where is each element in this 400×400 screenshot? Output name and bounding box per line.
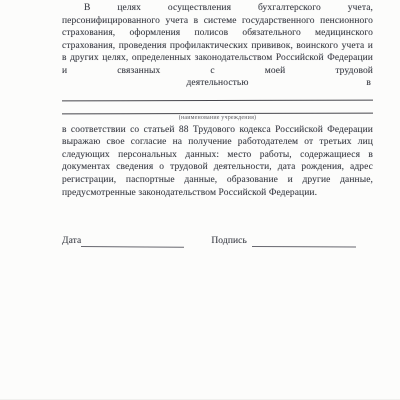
signature-blank-line — [252, 236, 356, 248]
tail-preposition: в — [366, 77, 371, 90]
institution-name-blank-line-1 — [62, 99, 373, 101]
tail-word: деятельностью — [186, 78, 248, 88]
document-page: В целях осуществления бухгалтерского уче… — [0, 0, 400, 400]
date-blank-line — [81, 236, 184, 248]
consent-paragraph: в соответствии со статьей 88 Трудового к… — [62, 124, 373, 199]
institution-caption: (наименование учреждения) — [62, 115, 373, 122]
signature-label: Подпись — [211, 235, 247, 248]
purpose-paragraph-tail: деятельностью в — [62, 77, 373, 90]
date-label: Дата — [62, 235, 81, 248]
purpose-paragraph: В целях осуществления бухгалтерского уче… — [62, 2, 373, 77]
signature-row: Дата Подпись — [62, 234, 373, 247]
consent-form: В целях осуществления бухгалтерского уче… — [62, 2, 373, 247]
